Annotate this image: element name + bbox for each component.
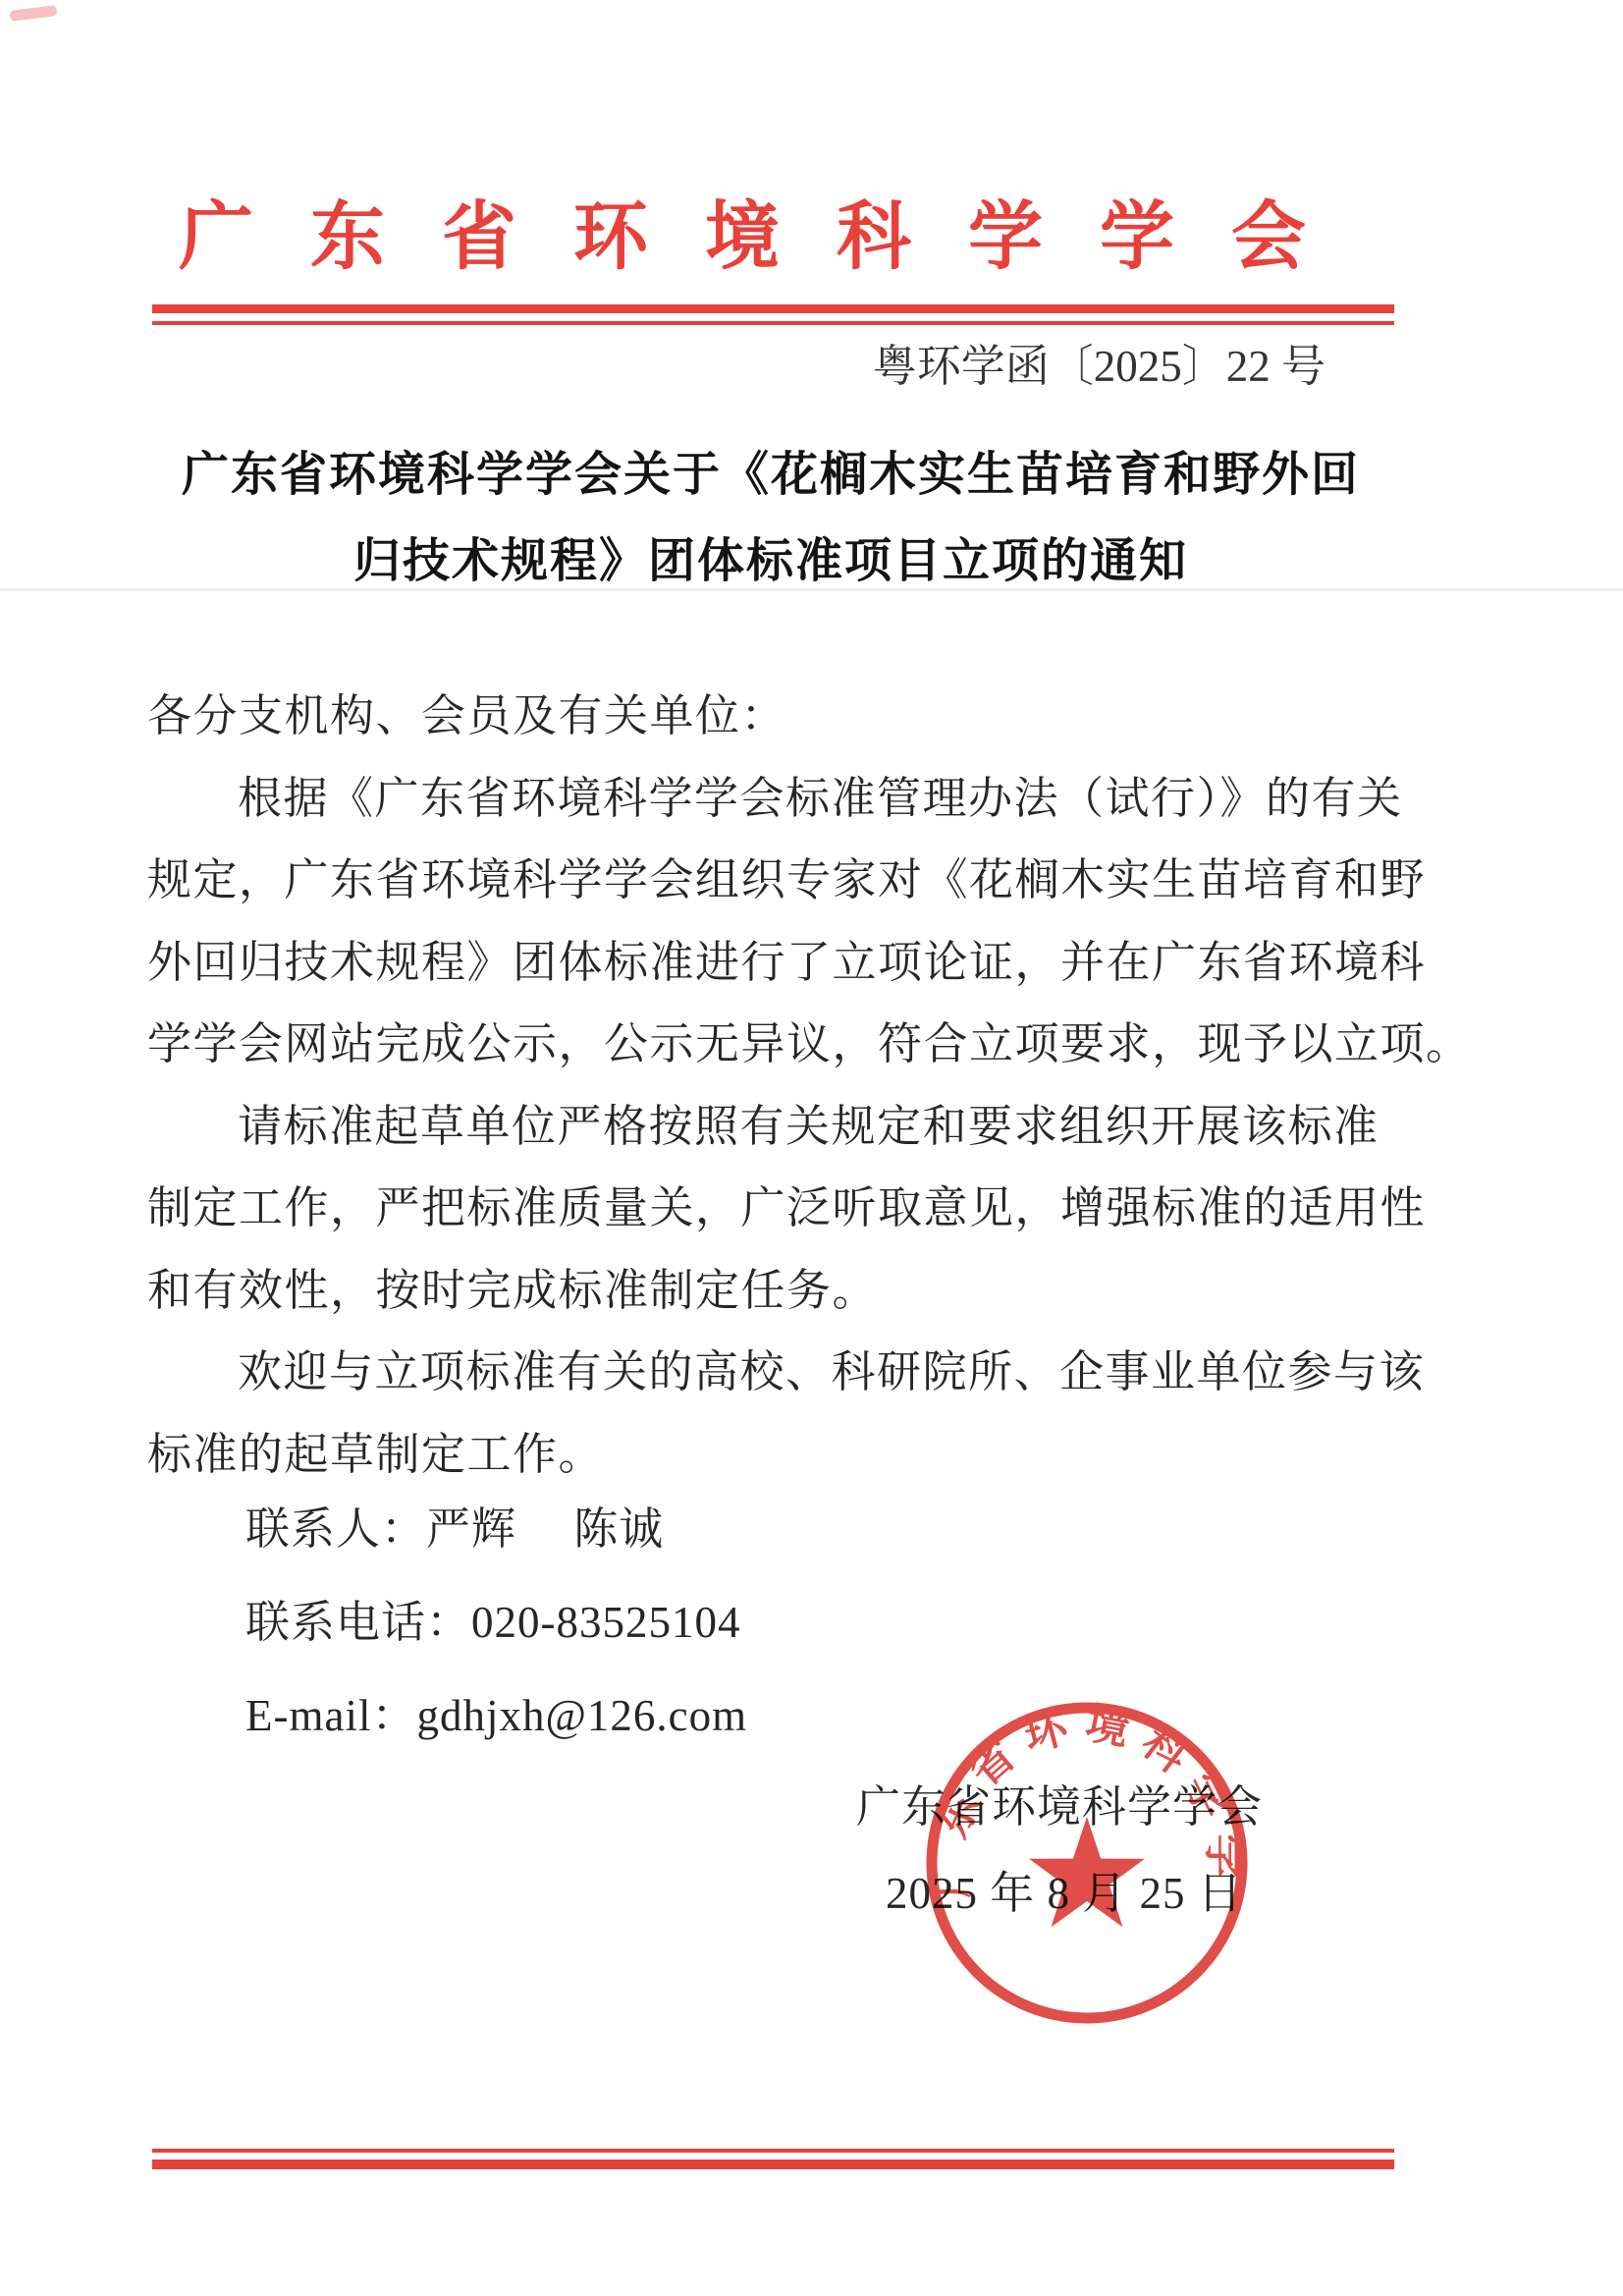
footer-rule-thin xyxy=(152,2149,1394,2153)
body-line: 外回归技术规程》团体标准进行了立项论证，并在广东省环境科 xyxy=(147,922,1414,1005)
footer-rule-thick xyxy=(152,2159,1394,2169)
header-rule-thick xyxy=(152,304,1394,313)
letter-body: 各分支机构、会员及有关单位： 根据《广东省环境科学学会标准管理办法（试行）》的有… xyxy=(147,676,1414,1496)
body-line: 制定工作，严把标准质量关，广泛听取意见，增强标准的适用性 xyxy=(147,1168,1414,1250)
salutation: 各分支机构、会员及有关单位： xyxy=(147,676,1414,758)
body-line: 和有效性，按时完成标准制定任务。 xyxy=(147,1250,1414,1333)
document-number: 粤环学函〔2025〕22 号 xyxy=(147,342,1325,393)
official-document-page: 广东省环境科学学会 粤环学函〔2025〕22 号 广东省环境科学学会关于《花榈木… xyxy=(0,0,1623,2296)
official-seal: 广东省环境科学学会 xyxy=(919,1695,1255,2031)
document-title-line-1: 广东省环境科学学会关于《花榈木实生苗培育和野外回 xyxy=(147,452,1394,499)
seal-star-icon xyxy=(1029,1817,1145,1927)
letterhead-title: 广东省环境科学学会 xyxy=(147,200,1394,275)
body-line: 学学会网站完成公示，公示无异议，符合立项要求，现予以立项。 xyxy=(147,1004,1414,1086)
body-line: 欢迎与立项标准有关的高校、科研院所、企事业单位参与该 xyxy=(147,1332,1414,1414)
header-rule-thin xyxy=(152,321,1394,325)
scan-ink-smudge xyxy=(10,5,58,22)
contact-phone-line: 联系电话：020-83525104 xyxy=(147,1576,1414,1669)
body-line: 规定，广东省环境科学学会组织专家对《花榈木实生苗培育和野 xyxy=(147,840,1414,922)
body-line: 请标准起草单位严格按照有关规定和要求组织开展该标准 xyxy=(147,1086,1414,1169)
scan-artifact-line xyxy=(0,588,1623,591)
body-line: 根据《广东省环境科学学会标准管理办法（试行）》的有关 xyxy=(147,758,1414,841)
document-title-line-2: 归技术规程》团体标准项目立项的通知 xyxy=(147,538,1394,585)
contact-person-line: 联系人：严辉 陈诚 xyxy=(147,1483,1414,1576)
